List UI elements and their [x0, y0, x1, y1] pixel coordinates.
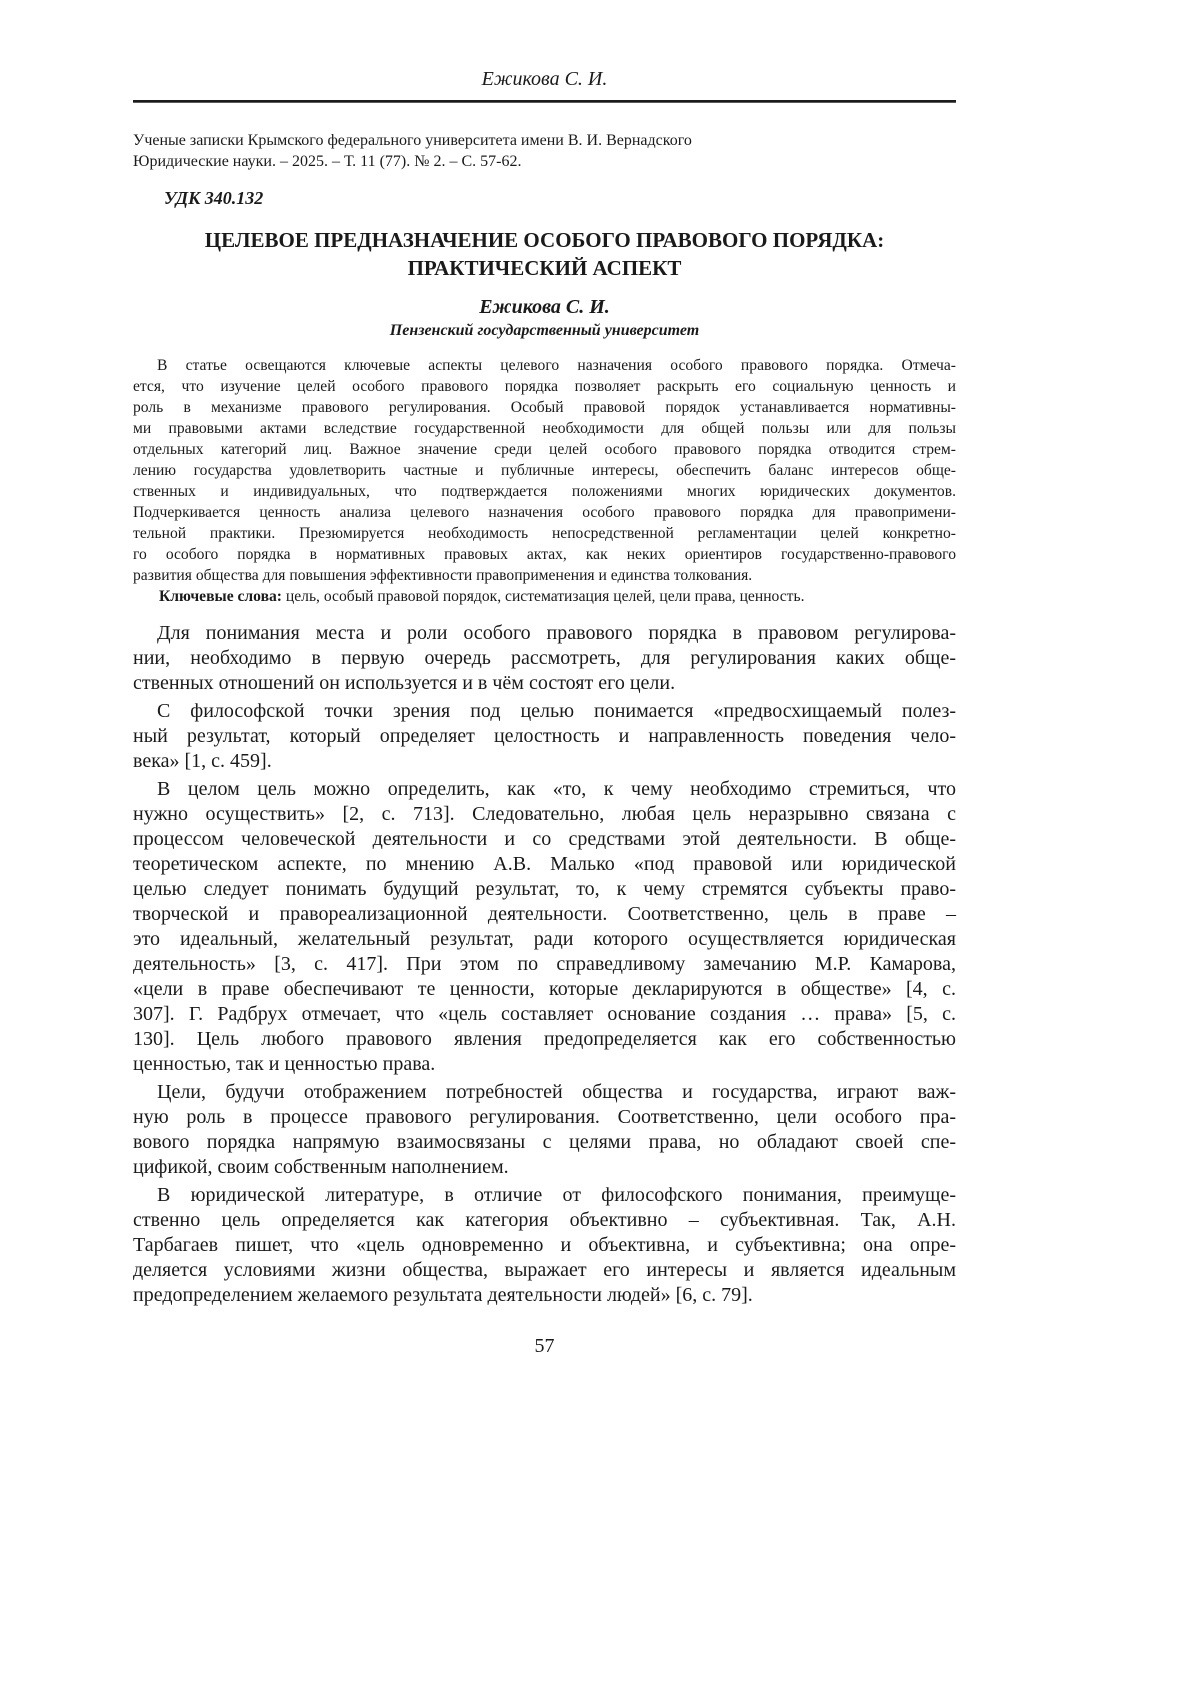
text-line: тельной практики. Презюмируется необходи…: [133, 523, 956, 544]
text-line: отдельных категорий лиц. Важное значение…: [133, 439, 956, 460]
article-title: ЦЕЛЕВОЕ ПРЕДНАЗНАЧЕНИЕ ОСОБОГО ПРАВОВОГО…: [133, 226, 956, 282]
keywords-line: Ключевые слова: цель, особый правовой по…: [133, 586, 956, 607]
paper-page: Ежикова С. И. Ученые записки Крымского ф…: [0, 0, 1200, 1697]
text-line: ный результат, который определяет целост…: [133, 724, 956, 749]
text-line: Ученые записки Крымского федерального ун…: [133, 130, 956, 151]
body-paragraph: В целом цель можно определить, как «то, …: [133, 777, 956, 1077]
body-paragraph: В юридической литературе, в отличие от ф…: [133, 1183, 956, 1308]
text-line: теоретическом аспекте, по мнению А.В. Ма…: [133, 852, 956, 877]
text-line: Тарбагаев пишет, что «цель одновременно …: [133, 1233, 956, 1258]
text-line: ЦЕЛЕВОЕ ПРЕДНАЗНАЧЕНИЕ ОСОБОГО ПРАВОВОГО…: [133, 226, 956, 254]
running-head-author: Ежикова С. И.: [133, 66, 956, 92]
text-line: В статье освещаются ключевые аспекты цел…: [133, 355, 956, 376]
body-paragraph: Для понимания места и роли особого право…: [133, 621, 956, 696]
text-line: 130]. Цель любого правового явления пред…: [133, 1027, 956, 1052]
page-content: Ежикова С. И. Ученые записки Крымского ф…: [133, 0, 956, 1359]
text-line: В юридической литературе, в отличие от ф…: [133, 1183, 956, 1208]
abstract: В статье освещаются ключевые аспекты цел…: [133, 355, 956, 586]
text-line: В целом цель можно определить, как «то, …: [133, 777, 956, 802]
text-line: го особого порядка в нормативных правовы…: [133, 544, 956, 565]
keywords-label: Ключевые слова:: [159, 588, 282, 605]
text-line: деляется условиями жизни общества, выраж…: [133, 1258, 956, 1283]
text-line: нии, необходимо в первую очередь рассмот…: [133, 646, 956, 671]
text-line: ется, что изучение целей особого правово…: [133, 376, 956, 397]
text-line: деятельность» [3, с. 417]. При этом по с…: [133, 952, 956, 977]
article-body: Для понимания места и роли особого право…: [133, 621, 956, 1308]
text-line: развития общества для повышения эффектив…: [133, 565, 956, 586]
body-paragraph: С философской точки зрения под целью пон…: [133, 699, 956, 774]
body-paragraph: Цели, будучи отображением потребностей о…: [133, 1080, 956, 1180]
text-line: ственных и индивидуальных, что подтвержд…: [133, 481, 956, 502]
text-line: «цели в праве обеспечивают те ценности, …: [133, 977, 956, 1002]
text-line: творческой и правореализационной деятель…: [133, 902, 956, 927]
text-line: цификой, своим собственным наполнением.: [133, 1155, 956, 1180]
text-line: нужно осуществить» [2, с. 713]. Следоват…: [133, 802, 956, 827]
udc-code: УДК 340.132: [133, 187, 956, 210]
text-line: ственных отношений он используется и в ч…: [133, 671, 956, 696]
text-line: Цели, будучи отображением потребностей о…: [133, 1080, 956, 1105]
text-line: это идеальный, желательный результат, ра…: [133, 927, 956, 952]
text-line: вового порядка напрямую взаимосвязаны с …: [133, 1130, 956, 1155]
text-line: роль в механизме правового регулирования…: [133, 397, 956, 418]
text-line: ную роль в процессе правового регулирова…: [133, 1105, 956, 1130]
text-line: лению государства удовлетворить частные …: [133, 460, 956, 481]
text-line: ми правовыми актами вследствие государст…: [133, 418, 956, 439]
text-line: ственно цель определяется как категория …: [133, 1208, 956, 1233]
text-line: предопределением желаемого результата де…: [133, 1283, 956, 1308]
text-line: С философской точки зрения под целью пон…: [133, 699, 956, 724]
page-number: 57: [133, 1334, 956, 1359]
journal-citation: Ученые записки Крымского федерального ун…: [133, 130, 956, 172]
text-line: процессом человеческой деятельности и со…: [133, 827, 956, 852]
text-line: века» [1, с. 459].: [133, 749, 956, 774]
text-line: ценностью, так и ценностью права.: [133, 1052, 956, 1077]
text-line: Для понимания места и роли особого право…: [133, 621, 956, 646]
author-name: Ежикова С. И.: [133, 294, 956, 320]
text-line: Подчеркивается ценность анализа целевого…: [133, 502, 956, 523]
text-line: целью следует понимать будущий результат…: [133, 877, 956, 902]
keywords-text: цель, особый правовой порядок, системати…: [282, 588, 804, 605]
author-affiliation: Пензенский государственный университет: [133, 320, 956, 341]
header-rule: [133, 100, 956, 103]
text-line: 307]. Г. Радбрух отмечает, что «цель сос…: [133, 1002, 956, 1027]
text-line: Юридические науки. – 2025. – Т. 11 (77).…: [133, 151, 956, 172]
text-line: ПРАКТИЧЕСКИЙ АСПЕКТ: [133, 254, 956, 282]
